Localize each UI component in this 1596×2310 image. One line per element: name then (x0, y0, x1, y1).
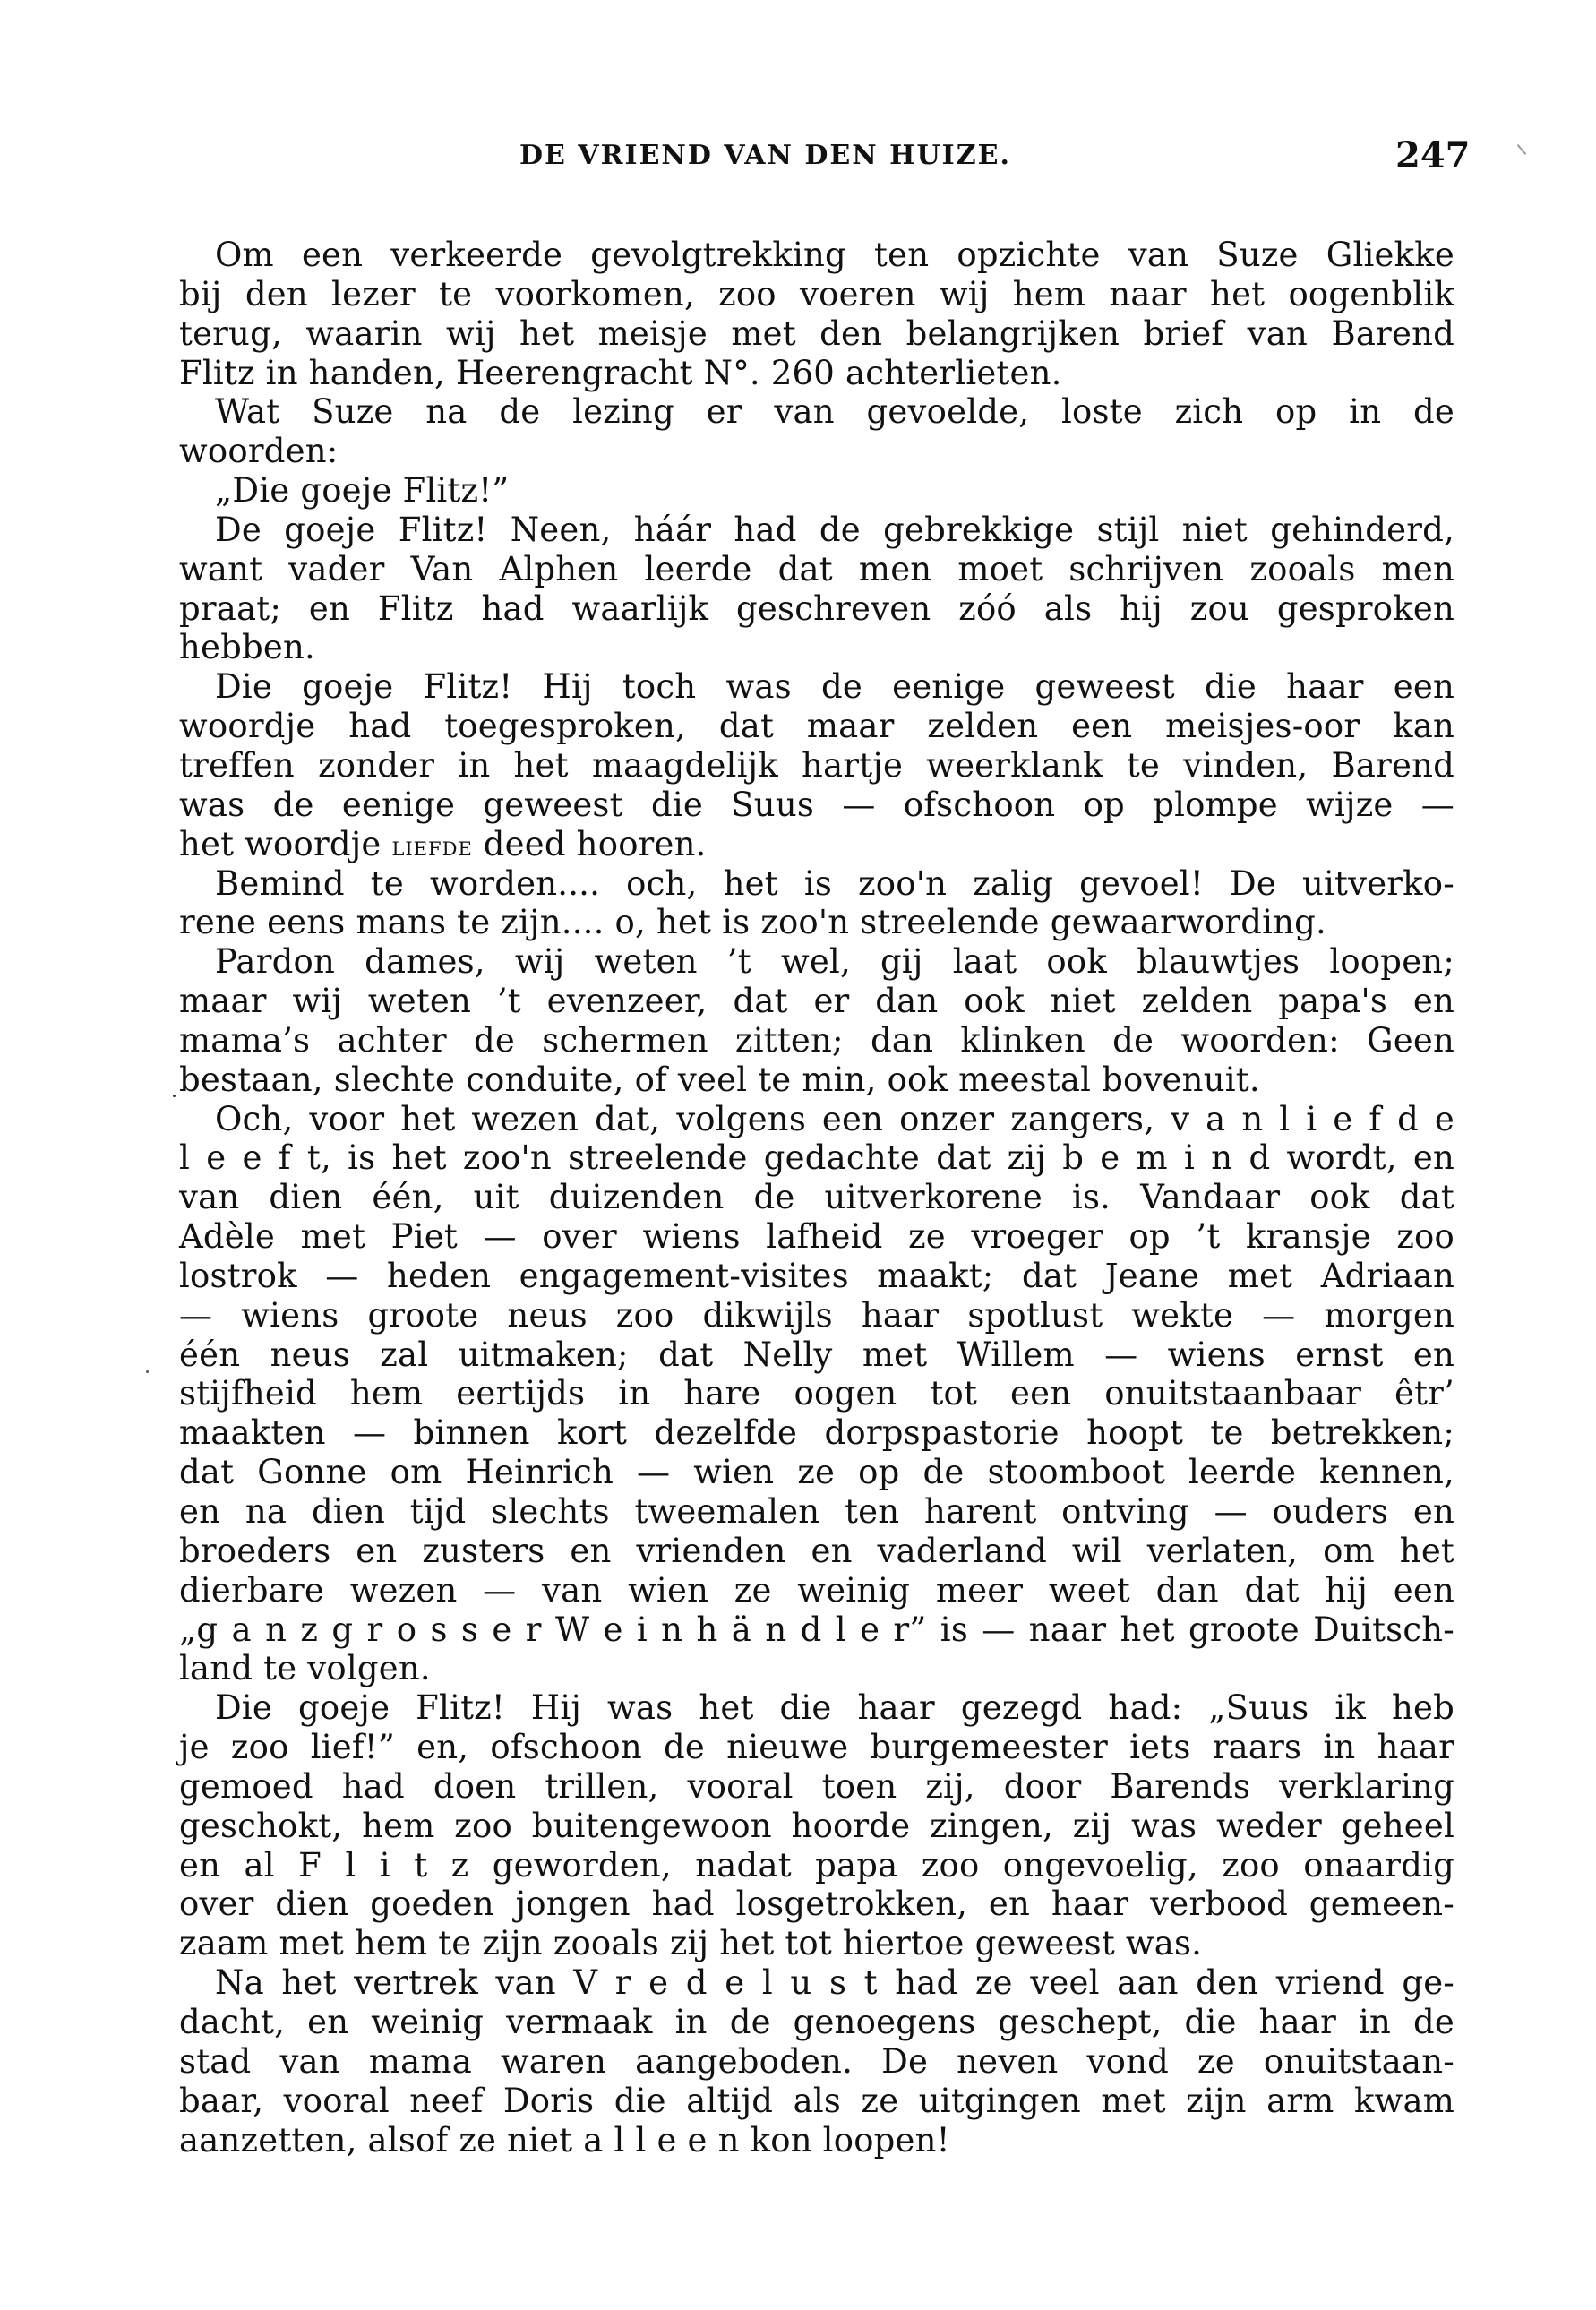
text-line: Bemind te worden.... och, het is zoo'n z… (179, 864, 1454, 904)
text-line: één neus zal uitmaken; dat Nelly met Wil… (179, 1335, 1454, 1375)
text-line: maar wij weten ’t evenzeer, dat er dan o… (179, 982, 1454, 1021)
text-line: dat Gonne om Heinrich — wien ze op de st… (179, 1453, 1454, 1492)
text-line: praat; en Flitz had waarlijk geschreven … (179, 589, 1454, 629)
text-line: het woordje liefde deed hooren. (179, 825, 1454, 864)
text-line: mama’s achter de schermen zitten; dan kl… (179, 1021, 1454, 1061)
page-number: 247 (1395, 134, 1456, 176)
body-text: Om een verkeerde gevolgtrekking ten opzi… (179, 236, 1454, 2160)
text-fragment: deed hooren. (473, 825, 707, 863)
text-line: van dien één, uit duizenden de uitverkor… (179, 1178, 1454, 1217)
text-line: Die goeje Flitz! Hij was het die haar ge… (179, 1688, 1454, 1728)
margin-speck (146, 1370, 149, 1373)
text-line: over dien goeden jongen had losgetrokken… (179, 1885, 1454, 1924)
text-line: stijfheid hem eertijds in hare oogen tot… (179, 1374, 1454, 1413)
text-line: dierbare wezen — van wien ze weinig meer… (179, 1571, 1454, 1610)
text-line: Pardon dames, wij weten ’t wel, gij laat… (179, 942, 1454, 982)
text-line: gemoed had doen trillen, vooral toen zij… (179, 1767, 1454, 1807)
text-line: maakten — binnen kort dezelfde dorpspast… (179, 1413, 1454, 1453)
text-line: „g a n z g r o s s e r W e i n h ä n d l… (179, 1610, 1454, 1650)
text-line: woorden: (179, 432, 1454, 471)
text-line: Adèle met Piet — over wiens lafheid ze v… (179, 1217, 1454, 1257)
text-line: dacht, en weinig vermaak in de genoegens… (179, 2003, 1454, 2042)
margin-speck (173, 1095, 176, 1097)
text-line: bij den lezer te voorkomen, zoo voeren w… (179, 275, 1454, 314)
text-fragment: het woordje (179, 825, 391, 863)
text-line: — wiens groote neus zoo dikwijls haar sp… (179, 1296, 1454, 1335)
text-line: „Die goeje Flitz!” (179, 471, 1454, 511)
small-caps-word: liefde (391, 831, 472, 863)
scan-mark (1517, 144, 1527, 155)
text-line: want vader Van Alphen leerde dat men moe… (179, 550, 1454, 589)
text-line: terug, waarin wij het meisje met den bel… (179, 314, 1454, 354)
text-line: Wat Suze na de lezing er van gevoelde, l… (179, 392, 1454, 432)
text-line: Om een verkeerde gevolgtrekking ten opzi… (179, 236, 1454, 275)
text-line: je zoo lief!” en, ofschoon de nieuwe bur… (179, 1728, 1454, 1767)
text-line: en na dien tijd slechts tweemalen ten ha… (179, 1492, 1454, 1532)
text-line: zaam met hem te zijn zooals zij het tot … (179, 1924, 1454, 1963)
text-line: hebben. (179, 628, 1454, 667)
text-line: was de eenige geweest die Suus — ofschoo… (179, 786, 1454, 825)
text-line: lostrok — heden engagement-visites maakt… (179, 1257, 1454, 1296)
text-line: Flitz in handen, Heerengracht N°. 260 ac… (179, 354, 1454, 393)
text-line: Och, voor het wezen dat, volgens een onz… (179, 1100, 1454, 1139)
text-line: Na het vertrek van V r e d e l u s t had… (179, 1963, 1454, 2003)
running-title: DE VRIEND VAN DEN HUIZE. (519, 140, 1011, 171)
text-line: stad van mama waren aangeboden. De neven… (179, 2042, 1454, 2082)
text-line: land te volgen. (179, 1649, 1454, 1688)
text-line: woordje had toegesproken, dat maar zelde… (179, 707, 1454, 746)
text-line: broeders en zusters en vrienden en vader… (179, 1532, 1454, 1571)
text-line: rene eens mans te zijn.... o, het is zoo… (179, 903, 1454, 942)
text-line: bestaan, slechte conduite, of veel te mi… (179, 1061, 1454, 1100)
text-line: De goeje Flitz! Neen, háár had de gebrek… (179, 511, 1454, 550)
text-line: baar, vooral neef Doris die altijd als z… (179, 2082, 1454, 2121)
text-line: en al F l i t z geworden, nadat papa zoo… (179, 1846, 1454, 1885)
text-line: aanzetten, alsof ze niet a l l e e n kon… (179, 2121, 1454, 2160)
text-line: l e e f t, is het zoo'n streelende gedac… (179, 1138, 1454, 1178)
text-line: treffen zonder in het maagdelijk hartje … (179, 746, 1454, 786)
text-line: Die goeje Flitz! Hij toch was de eenige … (179, 667, 1454, 707)
text-line: geschokt, hem zoo buitengewoon hoorde zi… (179, 1807, 1454, 1846)
